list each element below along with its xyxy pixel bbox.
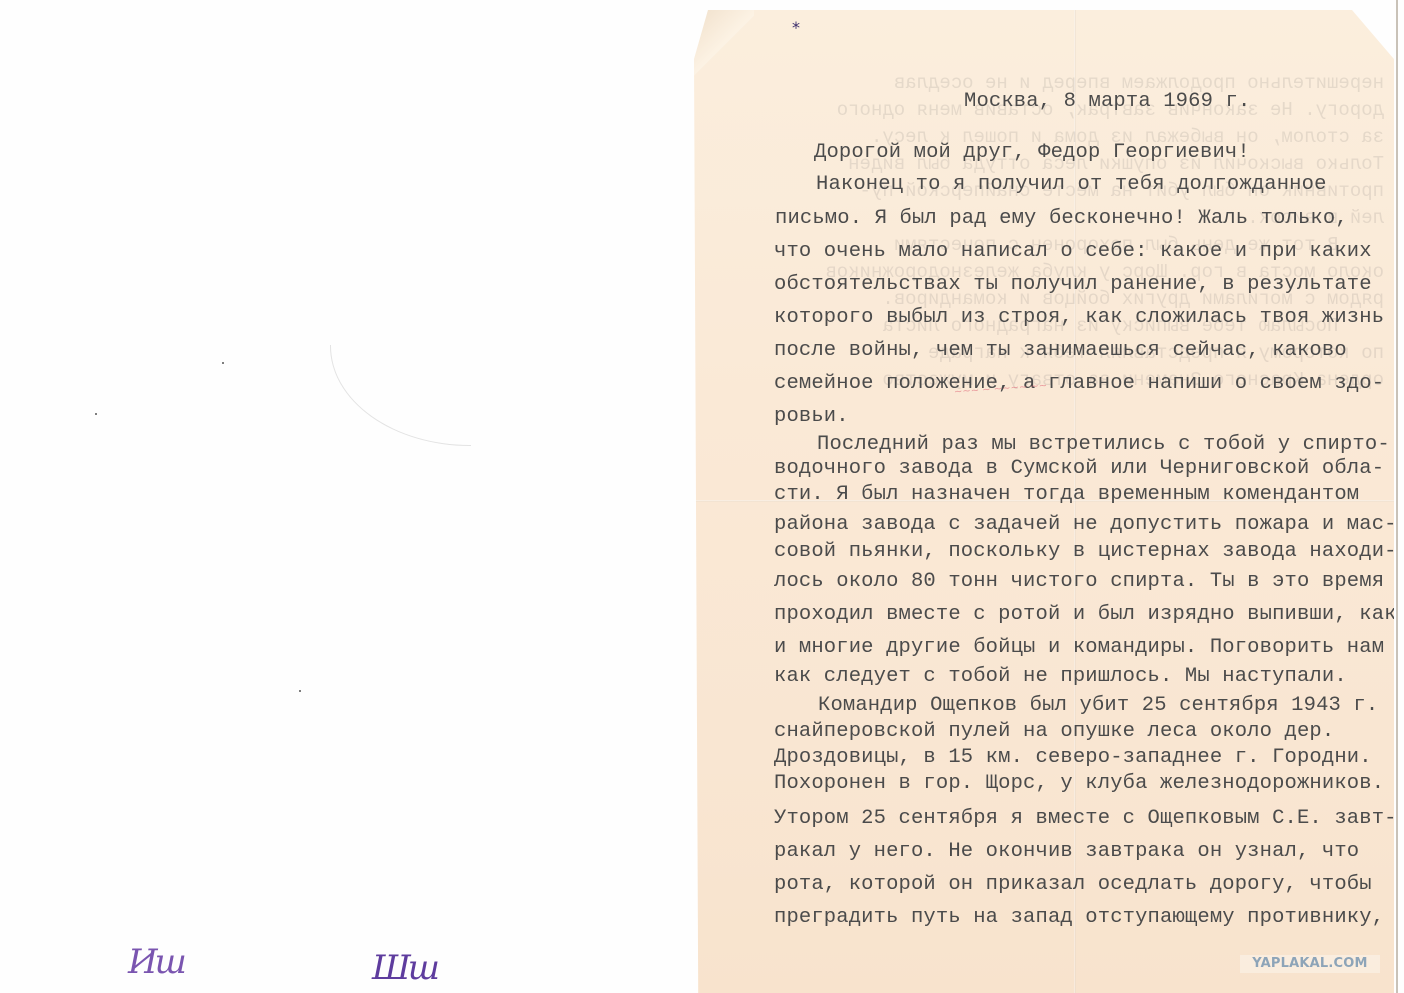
body-line: ракал у него. Не окончив завтрака он узн… (774, 840, 1359, 863)
signature-initials-2: Шш (372, 948, 437, 988)
body-line: Похоронен в гор. Щорс, у клуба железнодо… (774, 772, 1384, 795)
signature-initials-1: Иш (128, 942, 184, 982)
body-line: сти. Я был назначен тогда временным коме… (774, 483, 1359, 506)
site-watermark: YAPLAKAL.COM (1240, 955, 1380, 973)
body-line: рота, которой он приказал оседлать дорог… (774, 873, 1372, 896)
scan-edge (1396, 0, 1398, 993)
body-line: как следует с тобой не пришлось. Мы наст… (774, 665, 1347, 688)
body-line: Дроздовицы, в 15 км. северо-западнее г. … (774, 746, 1372, 769)
dust-speck (299, 690, 301, 692)
body-line: Наконец то я получил от тебя долгожданно… (816, 173, 1327, 196)
ink-star-mark: * (792, 18, 800, 37)
body-line: ровьи. (774, 405, 849, 428)
body-line: Командир Ощепков был убит 25 сентября 19… (818, 694, 1378, 717)
place-date: Москва, 8 марта 1969 г. (964, 90, 1250, 113)
body-line: и многие другие бойцы и командиры. Погов… (774, 636, 1384, 659)
body-line: преградить путь на запад отступающему пр… (774, 906, 1384, 929)
salutation: Дорогой мой друг, Федор Георгиевич! (814, 141, 1250, 164)
body-line: Утором 25 сентября я вместе с Ощепковым … (774, 807, 1397, 830)
body-line: которого выбыл из строя, как сложилась т… (774, 306, 1384, 329)
body-line: водочного завода в Сумской или Черниговс… (774, 457, 1384, 480)
body-line: что очень мало написал о себе: какое и п… (774, 240, 1372, 263)
body-line: района завода с задачей не допустить пож… (774, 513, 1397, 536)
letter-page: нерешительно продолжаем вперед и не осед… (694, 10, 1394, 993)
dust-speck (95, 413, 97, 415)
body-line: лось около 80 тонн чистого спирта. Ты в … (774, 570, 1384, 593)
typewritten-body: Москва, 8 марта 1969 г. Дорогой мой друг… (694, 10, 744, 746)
body-line: обстоятельствах ты получил ранение, в ре… (774, 273, 1372, 296)
body-line: проходил вместе с ротой и был изрядно вы… (774, 603, 1397, 626)
body-line: совой пьянки, поскольку в цистернах заво… (774, 540, 1397, 563)
dust-speck (222, 362, 224, 364)
body-line: Последний раз мы встретились с тобой у с… (817, 433, 1390, 456)
body-line: письмо. Я был рад ему бесконечно! Жаль т… (775, 207, 1348, 230)
body-line: после войны, чем ты занимаешься сейчас, … (774, 339, 1347, 362)
body-line: снайперовской пулей на опушке леса около… (774, 720, 1334, 743)
